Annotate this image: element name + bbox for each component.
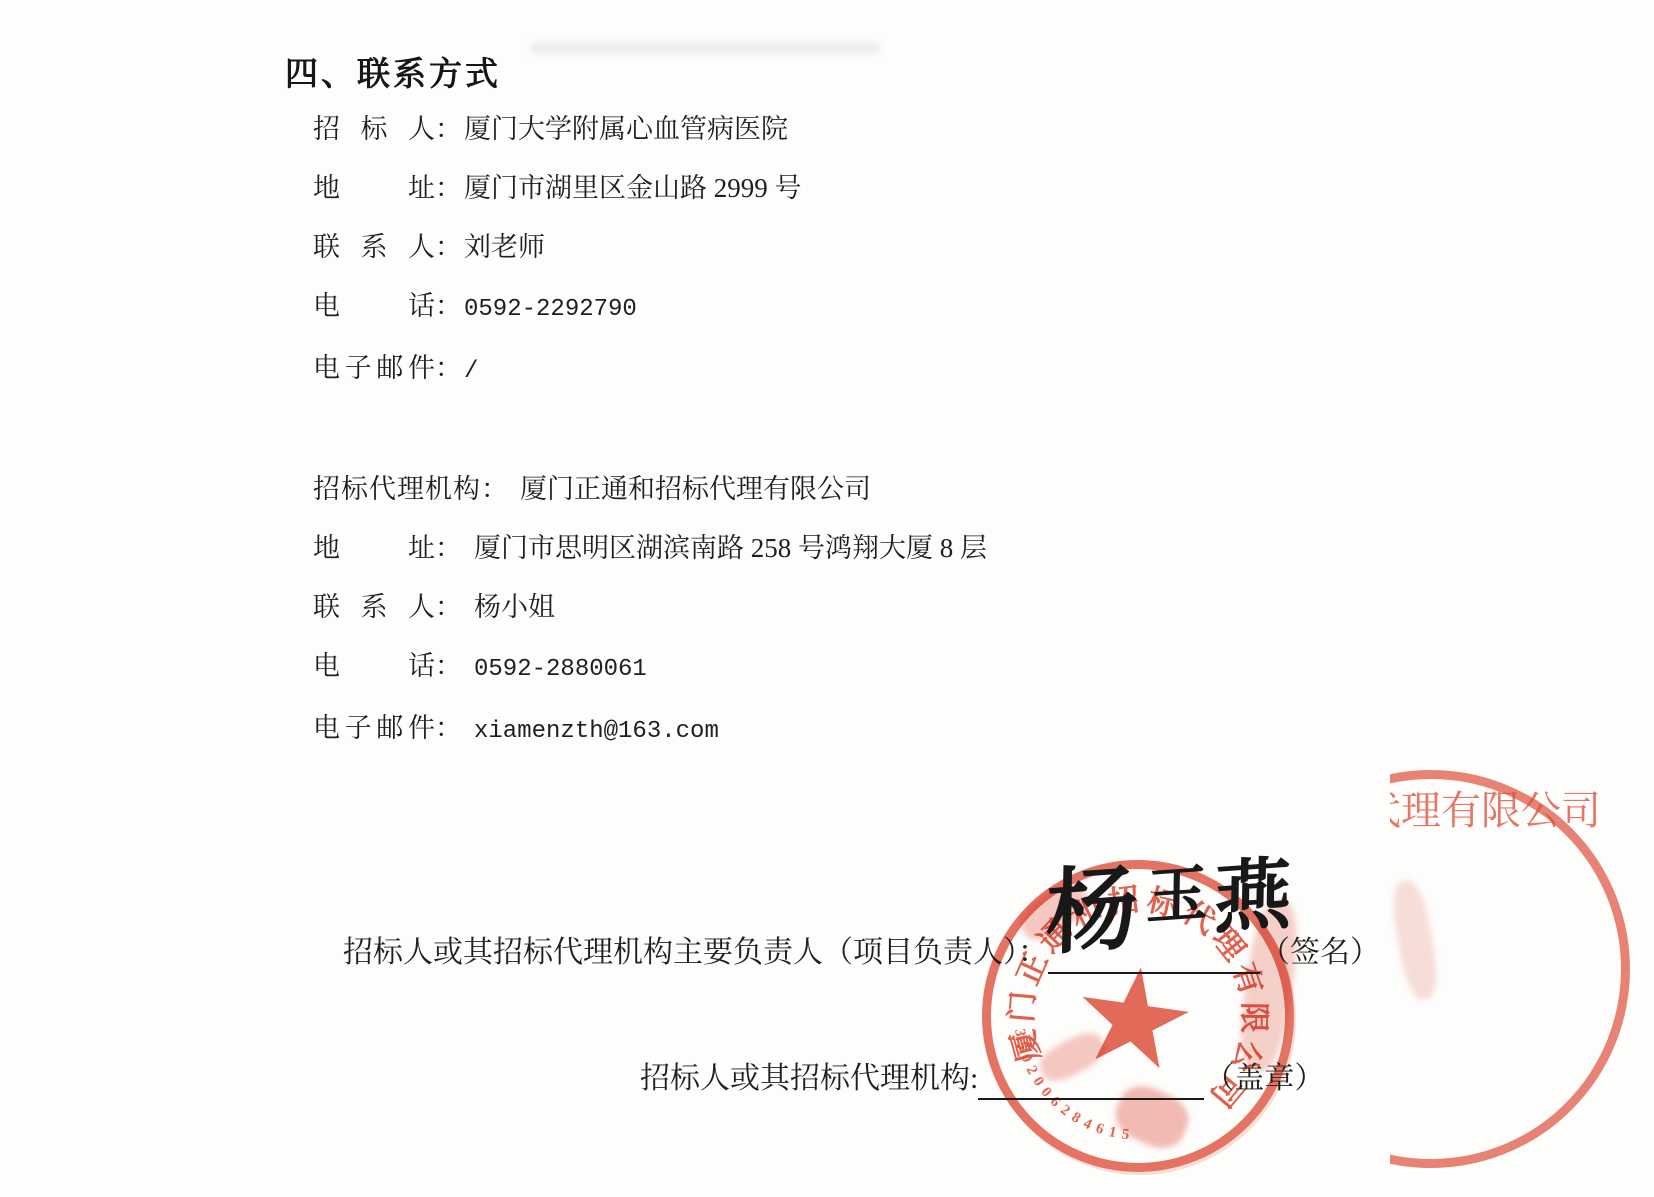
field-value: 0592-2292790: [464, 296, 637, 323]
seal-ring-char: 理: [1401, 788, 1441, 833]
handwritten-char: 玉: [1145, 860, 1208, 933]
agency-row-email: 电子邮件：xiamenzth@163.com: [313, 713, 987, 747]
seal-ring-char: 8: [1068, 1110, 1082, 1127]
field-label: 联系人: [313, 232, 435, 263]
seal-ring-char: 司: [1561, 788, 1601, 833]
colon: ：: [435, 232, 462, 262]
handwritten-char: 燕: [1213, 850, 1292, 943]
field-value: 杨小姐: [474, 592, 555, 622]
field-value: 刘老师: [464, 232, 545, 262]
colon: ：: [435, 173, 462, 203]
scan-artifact-smudge: [530, 42, 880, 54]
colon: ：: [435, 114, 462, 144]
handwritten-char: 杨: [1045, 857, 1139, 966]
signature-line-prefix: 招标人或其招标代理机构主要负责人（项目负责人）：: [343, 936, 1048, 969]
agency-row-address: 地址：厦门市思明区湖滨南路 258 号鸿翔大厦 8 层: [313, 533, 987, 564]
seal-ring-char: 4: [1081, 1116, 1094, 1133]
seal-ring-char: 公: [1521, 788, 1561, 833]
seal-line-suffix: （盖章）: [1204, 1062, 1324, 1095]
handwritten-signature: 杨玉燕: [1045, 823, 1293, 973]
field-label: 招标代理机构: [313, 474, 481, 505]
field-label: 地址: [313, 173, 435, 204]
field-label: 电子邮件: [313, 713, 435, 744]
section-title: 四、联系方式: [285, 48, 501, 95]
agency-row-contact: 联系人：杨小姐: [313, 592, 987, 623]
field-value: xiamenzth@163.com: [474, 718, 719, 745]
seal-ring-char: 5: [1014, 1040, 1030, 1051]
field-value: 厦门市湖里区金山路 2999 号: [464, 173, 802, 203]
seal-ring-char: 1: [1107, 1125, 1118, 1141]
seal-ring-char: 代: [1390, 788, 1401, 833]
field-label: 地址: [313, 533, 435, 564]
field-label: 电子邮件: [313, 353, 435, 384]
agency-contact-block: 招标代理机构：厦门正通和招标代理有限公司 地址：厦门市思明区湖滨南路 258 号…: [313, 474, 987, 775]
field-label: 招标人: [313, 114, 435, 145]
seal-ring-char: 3: [1011, 1028, 1027, 1038]
seal-ring-char: 2: [1057, 1103, 1072, 1119]
seal-ring-char: 6: [1094, 1121, 1106, 1138]
field-label: 电话: [313, 651, 435, 682]
colon: ：: [435, 592, 462, 622]
tenderer-row-phone: 电话：0592-2292790: [313, 291, 802, 325]
field-value: 0592-2880061: [474, 656, 647, 683]
colon: ：: [435, 651, 462, 681]
seal-ring-char: 限: [1481, 788, 1521, 833]
tenderer-contact-block: 招标人：厦门大学附属心血管病医院 地址：厦门市湖里区金山路 2999 号 联系人…: [313, 114, 802, 415]
colon: ：: [481, 474, 508, 504]
seal-line-prefix: 招标人或其招标代理机构:: [640, 1062, 978, 1095]
field-value: 厦门大学附属心血管病医院: [464, 114, 788, 144]
tenderer-row-name: 招标人：厦门大学附属心血管病医院: [313, 114, 802, 145]
field-value: 厦门市思明区湖滨南路 258 号鸿翔大厦 8 层: [474, 533, 987, 563]
agency-row-name: 招标代理机构：厦门正通和招标代理有限公司: [313, 474, 987, 505]
organization-seal-line: 招标人或其招标代理机构:（盖章）: [640, 1056, 1324, 1100]
colon: ：: [435, 713, 462, 743]
agency-row-phone: 电话：0592-2880061: [313, 651, 987, 685]
colon: ：: [435, 353, 462, 383]
field-label: 联系人: [313, 592, 435, 623]
colon: ：: [435, 533, 462, 563]
seal-underline: [978, 1056, 1204, 1100]
field-value: 厦门正通和招标代理有限公司: [520, 474, 871, 504]
colon: ：: [435, 291, 462, 321]
tenderer-row-address: 地址：厦门市湖里区金山路 2999 号: [313, 173, 802, 204]
field-value: /: [464, 358, 478, 385]
field-label: 电话: [313, 291, 435, 322]
tenderer-row-email: 电子邮件：/: [313, 353, 802, 387]
scanned-document-page: 四、联系方式 招标人：厦门大学附属心血管病医院 地址：厦门市湖里区金山路 299…: [0, 0, 1654, 1197]
seal-ring-char: 有: [1441, 788, 1481, 833]
tenderer-row-contact: 联系人：刘老师: [313, 232, 802, 263]
